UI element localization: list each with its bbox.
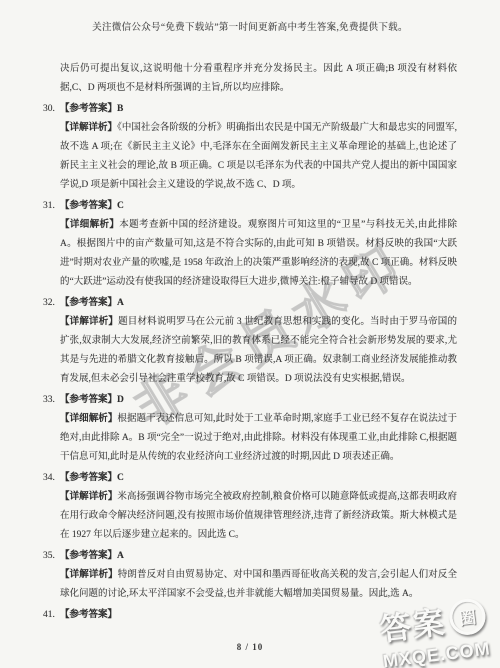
- detail-text: 米高扬强调谷物市场完全被政府控制,粮食价格可以随意降低或提高,这都表明政府在用行…: [60, 492, 457, 540]
- answer-item: 32.【参考答案】A 【详解详析】题目材料说明罗马在公元前 3 世纪教育思想和实…: [60, 294, 457, 389]
- item-number: 31.: [43, 197, 55, 216]
- page-number: 8 / 10: [0, 642, 500, 652]
- detail-label: 【详解详析】: [60, 492, 117, 502]
- answer-letter: A: [117, 551, 124, 561]
- answer-letter: C: [117, 473, 124, 483]
- answer-item: 31.【参考答案】C 【详细解析】本题考查新中国的经济建设。观察图片可知这里的“…: [60, 197, 457, 292]
- answers-content: 决后仍可提出复议,这说明他十分看重程序并充分发扬民主。因此 A 项正确;B 项没…: [60, 60, 457, 625]
- answer-item: 33.【参考答案】D 【详细解析】根据题干表述信息可知,此时处于工业革命时期,家…: [60, 391, 457, 467]
- document-page: 关注微信公众号“免费下载站”第一时间更新高中考生答案,免费提供下载。 非会员水印…: [0, 0, 500, 668]
- detail-paragraph: 【详细解析】本题考查新中国的经济建设。观察图片可知这里的“卫星”与科技无关,由此…: [60, 216, 457, 292]
- detail-label: 【详细解析】: [60, 220, 119, 230]
- answer-label: 【参考答案】: [60, 551, 117, 561]
- answer-label: 【参考答案】: [60, 104, 117, 114]
- detail-label: 【详解详析】: [60, 317, 118, 327]
- answer-letter: D: [117, 395, 124, 405]
- detail-paragraph: 【详解详析】米高扬强调谷物市场完全被政府控制,粮食价格可以随意降低或提高,这都表…: [60, 488, 457, 545]
- detail-text: 特朗普反对自由贸易协定、对中国和墨西哥征收高关税的发言,会引起人们对反全球化问题…: [60, 570, 457, 599]
- detail-label: 【详细解析】: [60, 414, 117, 424]
- detail-paragraph: 【详解详析】特朗普反对自由贸易协定、对中国和墨西哥征收高关税的发言,会引起人们对…: [60, 566, 457, 604]
- detail-label: 【详解详析】: [60, 123, 117, 133]
- answer-item: 41.【参考答案】: [60, 606, 457, 625]
- detail-paragraph: 【详解详析】《中国社会各阶级的分析》明确指出农民是中国无产阶级最广大和最忠实的同…: [60, 119, 457, 195]
- item-number: 41.: [43, 606, 55, 625]
- item-number: 30.: [43, 100, 55, 119]
- answer-label: 【参考答案】: [60, 201, 117, 211]
- answer-item: 30.【参考答案】B 【详解详析】《中国社会各阶级的分析》明确指出农民是中国无产…: [60, 100, 457, 195]
- item-number: 35.: [43, 547, 55, 566]
- detail-paragraph: 【详细解析】根据题干表述信息可知,此时处于工业革命时期,家庭手工业已经不复存在说…: [60, 410, 457, 467]
- answer-label: 【参考答案】: [60, 473, 117, 483]
- detail-text: 《中国社会各阶级的分析》明确指出农民是中国无产阶级最广大和最忠实的同盟军,故不选…: [60, 123, 457, 190]
- item-number: 33.: [43, 391, 55, 410]
- detail-text: 题目材料说明罗马在公元前 3 世纪教育思想和实践的变化。当时由于罗马帝国的扩张,…: [60, 317, 457, 384]
- answer-letter: A: [117, 298, 124, 308]
- answer-letter: B: [117, 104, 123, 114]
- answer-label: 【参考答案】: [60, 395, 117, 405]
- answer-letter: C: [117, 201, 124, 211]
- detail-text: 本题考查新中国的经济建设。观察图片可知这里的“卫星”与科技无关,由此排除 A。根…: [60, 220, 457, 287]
- carryover-paragraph: 决后仍可提出复议,这说明他十分看重程序并充分发扬民主。因此 A 项正确;B 项没…: [60, 60, 457, 98]
- answer-label: 【参考答案】: [60, 610, 117, 620]
- item-number: 32.: [43, 294, 55, 313]
- answer-label: 【参考答案】: [60, 298, 117, 308]
- detail-label: 【详解详析】: [60, 570, 118, 580]
- detail-text: 根据题干表述信息可知,此时处于工业革命时期,家庭手工业已经不复存在说法过于绝对,…: [60, 414, 457, 462]
- item-number: 34.: [43, 469, 55, 488]
- header-notice: 关注微信公众号“免费下载站”第一时间更新高中考生答案,免费提供下载。: [0, 19, 500, 33]
- detail-paragraph: 【详解详析】题目材料说明罗马在公元前 3 世纪教育思想和实践的变化。当时由于罗马…: [60, 313, 457, 389]
- brand-badge-char: 圈: [457, 603, 477, 630]
- answer-item: 35.【参考答案】A 【详解详析】特朗普反对自由贸易协定、对中国和墨西哥征收高关…: [60, 547, 457, 604]
- answer-item: 34.【参考答案】C 【详解详析】米高扬强调谷物市场完全被政府控制,粮食价格可以…: [60, 469, 457, 545]
